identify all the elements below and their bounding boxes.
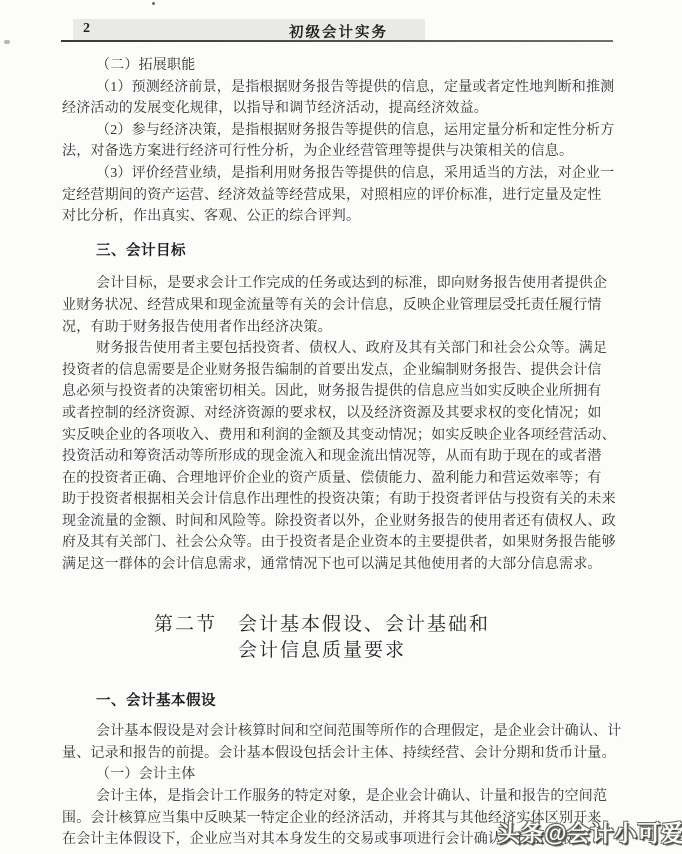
page-body: （二）拓展职能 （1）预测经济前景，是指根据财务报告等提供的信息，定量或者定性地… (62, 55, 622, 851)
text-line: （1）预测经济前景，是指根据财务报告等提供的信息，定量或者定性地判断和推测 (62, 77, 622, 99)
text-line: 对比分析，作出真实、客观、公正的综合评判。 (62, 206, 622, 228)
text-line: 在的投资者正确、合理地评价企业的资产质量、偿债能力、盈利能力和营运效率等；有 (62, 468, 622, 490)
text-line: 会计基本假设是对会计核算时间和空间范围等所作的合理假定，是企业会计确认、计 (62, 721, 622, 743)
section-title-line: 第二节 会计基本假设、会计基础和 (62, 612, 582, 638)
text-line: 况，有助于财务报告使用者作出经济决策。 (62, 317, 622, 339)
text-line: 满足这一群体的会计信息需求，通常情况下也可以满足其他使用者的大部分信息需求。 (62, 554, 622, 576)
text-line: 财务报告使用者主要包括投资者、债权人、政府及其有关部门和社会公众等。满足 (62, 338, 622, 360)
text-line: 息必须与投资者的决策密切相关。因此，财务报告提供的信息应当如实反映企业所拥有 (62, 381, 622, 403)
text-line: 助于投资者根据相关会计信息作出理性的投资决策；有助于投资者评估与投资有关的未来 (62, 489, 622, 511)
book-title: 初级会计实务 (289, 21, 388, 42)
text-line: 府及其有关部门、社会公众等。由于投资者是企业资本的主要提供者，如果财务报告能够 (62, 532, 622, 554)
text-line: 现金流量的金额、时间和风险等。除投资者以外，企业财务报告的使用者还有债权人、政 (62, 511, 622, 533)
text-line: 会计主体，是指会计工作服务的特定对象，是企业会计确认、计量和报告的空间范 (62, 786, 622, 808)
text-line: 或者控制的经济资源、对经济资源的要求权，以及经济资源及其要求权的变化情况；如 (62, 403, 622, 425)
text-line: 会计目标，是要求会计工作完成的任务或达到的标准，即向财务报告使用者提供企 (62, 273, 622, 295)
scan-speck (4, 40, 10, 44)
subheading-accounting-subject: （一）会计主体 (62, 764, 622, 786)
section-title: 第二节 会计基本假设、会计基础和 会计信息质量要求 (62, 612, 622, 664)
text-line: 业财务状况、经营成果和现金流量等有关的会计信息，反映企业管理层受托责任履行情 (62, 295, 622, 317)
text-line: 定经营期间的资产运营、经济效益等经营成果，对照相应的评价标准，进行定量及定性 (62, 185, 622, 207)
subheading-expanded-functions: （二）拓展职能 (62, 55, 622, 77)
header-rule (61, 40, 613, 42)
text-line: （2）参与经济决策，是指根据财务报告等提供的信息，运用定量分析和定性分析方 (62, 120, 622, 142)
text-line: 投资者的信息需要是企业财务报告编制的首要出发点，企业编制财务报告、提供会计信 (62, 360, 622, 382)
section-title-line: 会计信息质量要求 (62, 638, 582, 664)
text-line: （3）评价经营业绩，是指利用财务报告等提供的信息，采用适当的方法，对企业一 (62, 163, 622, 185)
text-line: 法，对备选方案进行经济可行性分析，为企业经营管理等提供与决策相关的信息。 (62, 141, 622, 163)
scan-speck (152, 2, 155, 5)
text-line: 投资活动和筹资活动等所形成的现金流入和现金流出情况等，从而有助于现在的或者潜 (62, 446, 622, 468)
page-number: 2 (83, 21, 90, 37)
heading-basic-assumptions: 一、会计基本假设 (62, 691, 622, 713)
book-page: 2 初级会计实务 （二）拓展职能 （1）预测经济前景，是指根据财务报告等提供的信… (0, 0, 682, 854)
watermark-toutiao: 头条@会计小可爱 (497, 815, 682, 848)
text-line: 实反映企业的各项收入、费用和利润的金额及其变动情况；如实反映企业各项经营活动、 (62, 425, 622, 447)
text-line: 经济活动的发展变化规律，以指导和调节经济活动，提高经济效益。 (62, 98, 622, 120)
text-line: 量、记录和报告的前提。会计基本假设包括会计主体、持续经营、会计分期和货币计量。 (62, 743, 622, 765)
heading-accounting-goal: 三、会计目标 (62, 241, 622, 263)
